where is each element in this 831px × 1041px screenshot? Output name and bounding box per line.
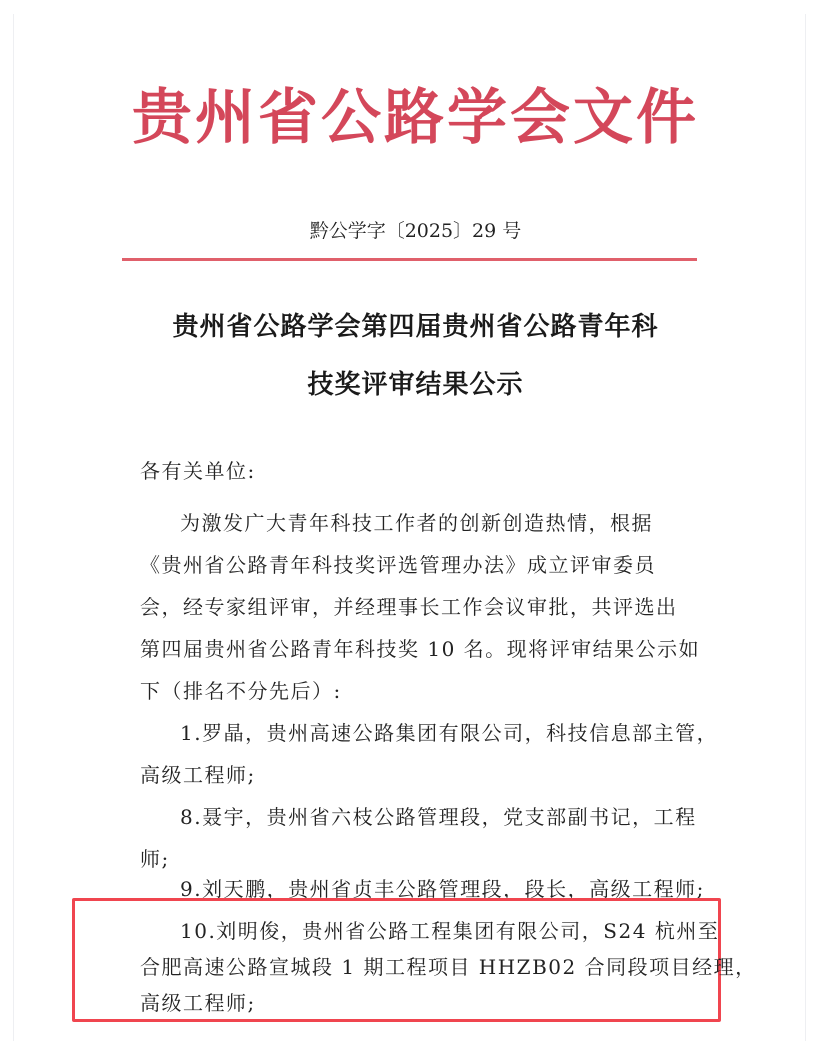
- awardee-1-line: 1.罗晶，贵州高速公路集团有限公司，科技信息部主管，: [140, 720, 740, 746]
- awardee-8-line: 师;: [140, 846, 700, 872]
- intro-line: 下（排名不分先后）:: [140, 678, 700, 704]
- awardee-8-line: 8.聂宇，贵州省六枝公路管理段，党支部副书记，工程: [140, 804, 740, 830]
- intro-line: 《贵州省公路青年科技奖评选管理办法》成立评审委员: [140, 552, 700, 578]
- issuer-header: 贵州省公路学会文件: [0, 78, 831, 158]
- salutation: 各有关单位:: [140, 458, 700, 484]
- awardee-10-line: 合肥高速公路宣城段 1 期工程项目 HHZB02 合同段项目经理，: [140, 954, 700, 980]
- document-title-line-2: 技奖评审结果公示: [0, 364, 831, 401]
- intro-line: 为激发广大青年科技工作者的创新创造热情，根据: [140, 510, 740, 536]
- page-edge-left: [13, 14, 14, 1041]
- awardee-10-line: 高级工程师;: [140, 990, 700, 1016]
- intro-line: 第四届贵州省公路青年科技奖 10 名。现将评审结果公示如: [140, 636, 700, 662]
- header-divider: [122, 258, 697, 261]
- awardee-10-line: 10.刘明俊，贵州省公路工程集团有限公司，S24 杭州至: [140, 918, 740, 944]
- document-title-line-1: 贵州省公路学会第四届贵州省公路青年科: [0, 306, 831, 343]
- document-number: 黔公学字〔2025〕29 号: [0, 218, 831, 244]
- intro-line: 会，经专家组评审，并经理事长工作会议审批，共评选出: [140, 594, 700, 620]
- awardee-1-line: 高级工程师;: [140, 762, 700, 788]
- page-edge-right: [805, 14, 806, 1041]
